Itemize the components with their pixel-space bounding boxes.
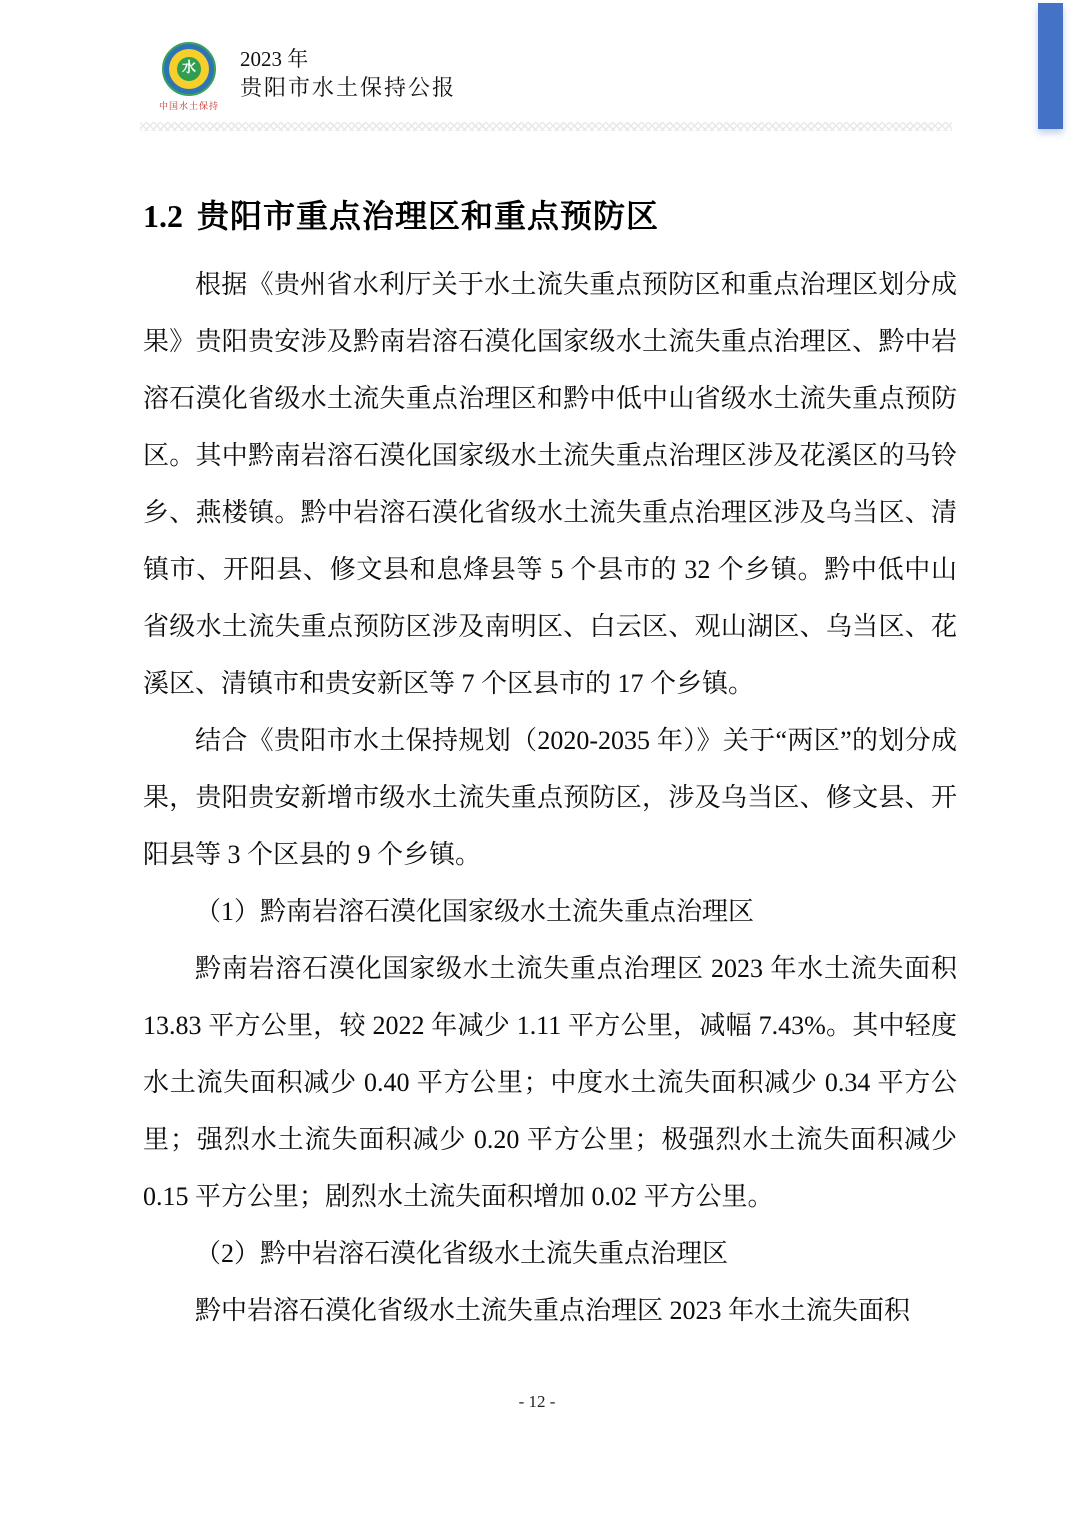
paragraph: 黔中岩溶石漠化省级水土流失重点治理区 2023 年水土流失面积 <box>143 1282 957 1339</box>
paragraph-subitem-1: （1）黔南岩溶石漠化国家级水土流失重点治理区 <box>143 883 957 940</box>
logo-gold-disc: 水 <box>169 49 209 89</box>
paragraph: 黔南岩溶石漠化国家级水土流失重点治理区 2023 年水土流失面积 13.83 平… <box>143 940 957 1225</box>
page-header: 水 中国水土保持 2023 年 贵阳市水土保持公报 <box>150 42 456 112</box>
paragraph-subitem-2: （2）黔中岩溶石漠化省级水土流失重点治理区 <box>143 1225 957 1282</box>
document-page: 水 中国水土保持 2023 年 贵阳市水土保持公报 1.2贵阳市重点治理区和重点… <box>0 0 1074 1520</box>
logo-center-glyph: 水 <box>177 57 201 81</box>
soil-water-conservation-logo-icon: 水 <box>162 42 216 96</box>
section-heading: 1.2贵阳市重点治理区和重点预防区 <box>143 196 659 236</box>
page-footer: - 12 - <box>0 1392 1074 1412</box>
page-number: - 12 - <box>519 1392 556 1411</box>
paragraph: 结合《贵阳市水土保持规划（2020-2035 年）》关于“两区”的划分成果，贵阳… <box>143 712 957 883</box>
logo: 水 中国水土保持 <box>150 42 228 112</box>
document-body: 根据《贵州省水利厅关于水土流失重点预防区和重点治理区划分成果》贵阳贵安涉及黔南岩… <box>143 256 957 1339</box>
logo-caption: 中国水土保持 <box>150 99 228 112</box>
accent-bar <box>1038 3 1063 129</box>
header-report-title: 贵阳市水土保持公报 <box>240 73 456 103</box>
header-divider <box>140 122 952 131</box>
section-number: 1.2 <box>143 198 183 234</box>
header-titles: 2023 年 贵阳市水土保持公报 <box>240 42 456 103</box>
section-title: 贵阳市重点治理区和重点预防区 <box>197 198 659 234</box>
paragraph: 根据《贵州省水利厅关于水土流失重点预防区和重点治理区划分成果》贵阳贵安涉及黔南岩… <box>143 256 957 712</box>
header-year: 2023 年 <box>240 45 456 73</box>
